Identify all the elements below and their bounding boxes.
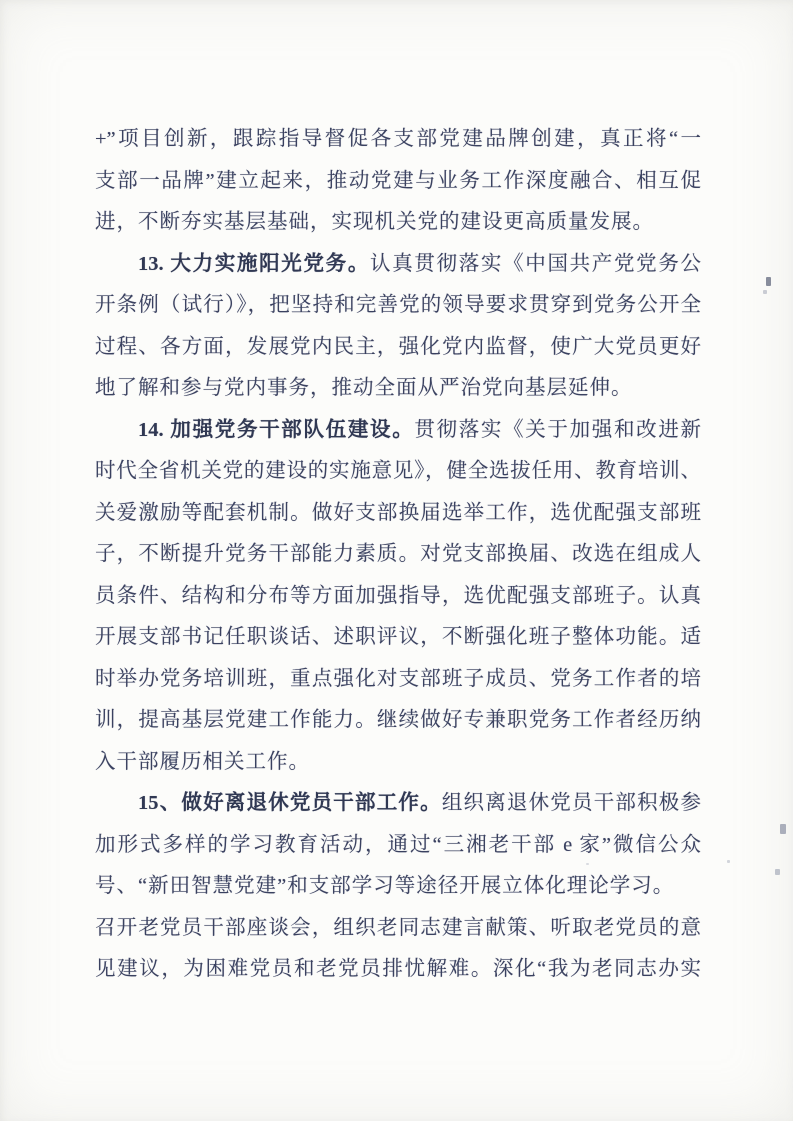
paragraph-text: 开展支部书记任职谈话、述职评议，不断强化班子整体功能。适: [95, 626, 701, 648]
text-line-15: 训，提高基层党建工作能力。继续做好专兼职党务工作者经历纳: [95, 700, 701, 742]
text-line-12: 员条件、结构和分布等方面加强指导，选优配强支部班子。认真: [95, 576, 701, 618]
paragraph-text: 进，不断夯实基层基础，实现机关党的建设更高质量发展。: [95, 211, 654, 233]
scan-speck: [775, 869, 780, 875]
text-line-5: 开条例（试行）》，把坚持和完善党的领导要求贯穿到党务公开全: [95, 285, 701, 327]
text-line-8: 14. 加强党务干部队伍建设。贯彻落实《关于加强和改进新: [95, 410, 701, 452]
text-line-21: 见建议，为困难党员和老党员排忧解难。深化“我为老同志办实: [95, 949, 701, 991]
text-line-11: 子，不断提升党务干部能力素质。对党支部换届、改选在组成人: [95, 534, 701, 576]
text-line-14: 时举办党务培训班，重点强化对支部班子成员、党务工作者的培: [95, 659, 701, 701]
text-line-20: 召开老党员干部座谈会，组织老同志建言献策、听取老党员的意: [95, 908, 701, 950]
text-line-2: 支部一品牌”建立起来，推动党建与业务工作深度融合、相互促: [95, 161, 701, 203]
scan-speck: [766, 277, 771, 286]
paragraph-text: 子，不断提升党务干部能力素质。对党支部换届、改选在组成人: [95, 543, 701, 565]
text-line-10: 关爱激励等配套机制。做好支部换届选举工作，选优配强支部班: [95, 493, 701, 535]
paragraph-text: 入干部履历相关工作。: [95, 751, 310, 773]
paragraph-text: 员条件、结构和分布等方面加强指导，选优配强支部班子。认真: [95, 585, 701, 607]
paragraph-text: 过程、各方面，发展党内民主，强化党内监督，使广大党员更好: [95, 336, 701, 358]
text-line-9: 时代全省机关党的建设的实施意见》，健全选拔任用、教育培训、: [95, 451, 701, 493]
paragraph-text: 号、“新田智慧党建”和支部学习等途径开展立体化理论学习。: [95, 875, 674, 897]
text-line-13: 开展支部书记任职谈话、述职评议，不断强化班子整体功能。适: [95, 617, 701, 659]
paragraph-text: 训，提高基层党建工作能力。继续做好专兼职党务工作者经历纳: [95, 709, 701, 731]
text-line-3: 进，不断夯实基层基础，实现机关党的建设更高质量发展。: [95, 202, 701, 244]
paragraph-text: 关爱激励等配套机制。做好支部换届选举工作，选优配强支部班: [95, 502, 701, 524]
document-text-block: +”项目创新，跟踪指导督促各支部党建品牌创建，真正将“一支部一品牌”建立起来，推…: [95, 119, 701, 991]
paragraph-text: 认真贯彻落实《中国共产党党务公: [370, 253, 701, 275]
text-line-17: 15、做好离退休党员干部工作。组织离退休党员干部积极参: [95, 783, 701, 825]
paragraph-heading: 14. 加强党务干部队伍建设。: [138, 419, 414, 441]
paragraph-text: 贯彻落实《关于加强和改进新: [414, 419, 701, 441]
paragraph-text: 开条例（试行）》，把坚持和完善党的领导要求贯穿到党务公开全: [95, 294, 701, 316]
scanned-document-page: +”项目创新，跟踪指导督促各支部党建品牌创建，真正将“一支部一品牌”建立起来，推…: [0, 0, 793, 1121]
paragraph-text: 加形式多样的学习教育活动，通过“三湘老干部 e 家”微信公众: [95, 834, 701, 856]
scan-speck: [763, 290, 767, 294]
paragraph-text: 支部一品牌”建立起来，推动党建与业务工作深度融合、相互促: [95, 170, 701, 192]
text-line-18: 加形式多样的学习教育活动，通过“三湘老干部 e 家”微信公众: [95, 825, 701, 867]
paragraph-text: 地了解和参与党内事务，推动全面从严治党向基层延伸。: [95, 377, 633, 399]
text-line-7: 地了解和参与党内事务，推动全面从严治党向基层延伸。: [95, 368, 701, 410]
paragraph-text: 组织离退休党员干部积极参: [442, 792, 701, 814]
paragraph-text: 召开老党员干部座谈会，组织老同志建言献策、听取老党员的意: [95, 917, 701, 939]
scan-speck: [780, 824, 786, 834]
text-line-6: 过程、各方面，发展党内民主，强化党内监督，使广大党员更好: [95, 327, 701, 369]
text-line-1: +”项目创新，跟踪指导督促各支部党建品牌创建，真正将“一: [95, 119, 701, 161]
paragraph-text: +”项目创新，跟踪指导督促各支部党建品牌创建，真正将“一: [95, 128, 701, 150]
paragraph-heading: 13. 大力实施阳光党务。: [138, 253, 370, 275]
text-line-4: 13. 大力实施阳光党务。认真贯彻落实《中国共产党党务公: [95, 244, 701, 286]
text-line-19: 号、“新田智慧党建”和支部学习等途径开展立体化理论学习。: [95, 866, 701, 908]
scan-speck: [586, 863, 589, 865]
scan-speck: [727, 860, 730, 863]
paragraph-text: 时代全省机关党的建设的实施意见》，健全选拔任用、教育培训、: [95, 460, 701, 482]
paragraph-heading: 15、做好离退休党员干部工作。: [138, 792, 442, 814]
paragraph-text: 时举办党务培训班，重点强化对支部班子成员、党务工作者的培: [95, 668, 701, 690]
paragraph-text: 见建议，为困难党员和老党员排忧解难。深化“我为老同志办实: [95, 958, 701, 980]
text-line-16: 入干部履历相关工作。: [95, 742, 701, 784]
